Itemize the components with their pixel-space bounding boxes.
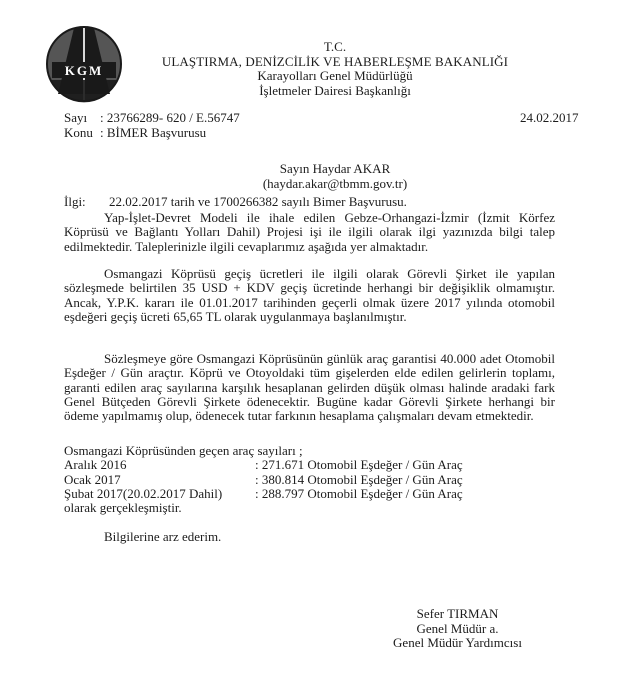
counts-intro: Osmangazi Köprüsünden geçen araç sayılar…	[64, 444, 463, 458]
count-value: : 380.814 Otomobil Eşdeğer / Gün Araç	[255, 473, 463, 487]
svg-text:KGM: KGM	[65, 63, 104, 78]
reference-text: 22.02.2017 tarih ve 1700266382 sayılı Bi…	[109, 195, 407, 210]
count-value: : 288.797 Otomobil Eşdeğer / Gün Araç	[255, 487, 463, 501]
addressee: Sayın Haydar AKAR (haydar.akar@tbmm.gov.…	[120, 162, 550, 191]
count-value: : 271.671 Otomobil Eşdeğer / Gün Araç	[255, 458, 463, 472]
kgm-logo-icon: KGM	[44, 24, 124, 104]
konu-value: : BİMER Başvurusu	[100, 126, 206, 141]
signatory-name: Sefer TIRMAN	[380, 607, 535, 622]
count-row: Aralık 2016 : 271.671 Otomobil Eşdeğer /…	[64, 458, 463, 472]
document-meta: Sayı : 23766289- 620 / E.56747 Konu : Bİ…	[64, 111, 240, 140]
addressee-email: (haydar.akar@tbmm.gov.tr)	[120, 177, 550, 192]
closing-line: Bilgilerine arz ederim.	[104, 530, 221, 545]
sayi-label: Sayı	[64, 111, 100, 126]
signatory-title: Genel Müdür Yardımcısı	[380, 636, 535, 651]
count-row: Şubat 2017(20.02.2017 Dahil) : 288.797 O…	[64, 487, 463, 501]
reference: İlgi: 22.02.2017 tarih ve 1700266382 say…	[64, 195, 407, 210]
vehicle-counts: Osmangazi Köprüsünden geçen araç sayılar…	[64, 444, 463, 515]
counts-outro: olarak gerçekleşmiştir.	[64, 501, 463, 515]
konu-label: Konu	[64, 126, 100, 141]
sayi-value: : 23766289- 620 / E.56747	[100, 111, 240, 126]
body-paragraph: Yap-İşlet-Devret Modeli ile ihale edilen…	[64, 211, 555, 254]
ministry-name: ULAŞTIRMA, DENİZCİLİK VE HABERLEŞME BAKA…	[120, 55, 550, 70]
country-label: T.C.	[120, 40, 550, 55]
sayi-row: Sayı : 23766289- 620 / E.56747	[64, 111, 240, 126]
body-paragraph: Osmangazi Köprüsü geçiş ücretleri ile il…	[64, 267, 555, 324]
konu-row: Konu : BİMER Başvurusu	[64, 126, 240, 141]
signature-block: Sefer TIRMAN Genel Müdür a. Genel Müdür …	[380, 607, 535, 651]
document-date: 24.02.2017	[520, 111, 579, 126]
count-period: Aralık 2016	[64, 458, 255, 472]
department-name: İşletmeler Dairesi Başkanlığı	[120, 84, 550, 99]
count-period: Ocak 2017	[64, 473, 255, 487]
directorate-name: Karayolları Genel Müdürlüğü	[120, 69, 550, 84]
addressee-name: Sayın Haydar AKAR	[120, 162, 550, 177]
reference-label: İlgi:	[64, 195, 109, 210]
count-row: Ocak 2017 : 380.814 Otomobil Eşdeğer / G…	[64, 473, 463, 487]
signatory-title: Genel Müdür a.	[380, 622, 535, 637]
count-period: Şubat 2017(20.02.2017 Dahil)	[64, 487, 255, 501]
letterhead: T.C. ULAŞTIRMA, DENİZCİLİK VE HABERLEŞME…	[120, 40, 550, 98]
body-paragraph: Sözleşmeye göre Osmangazi Köprüsünün gün…	[64, 352, 555, 423]
